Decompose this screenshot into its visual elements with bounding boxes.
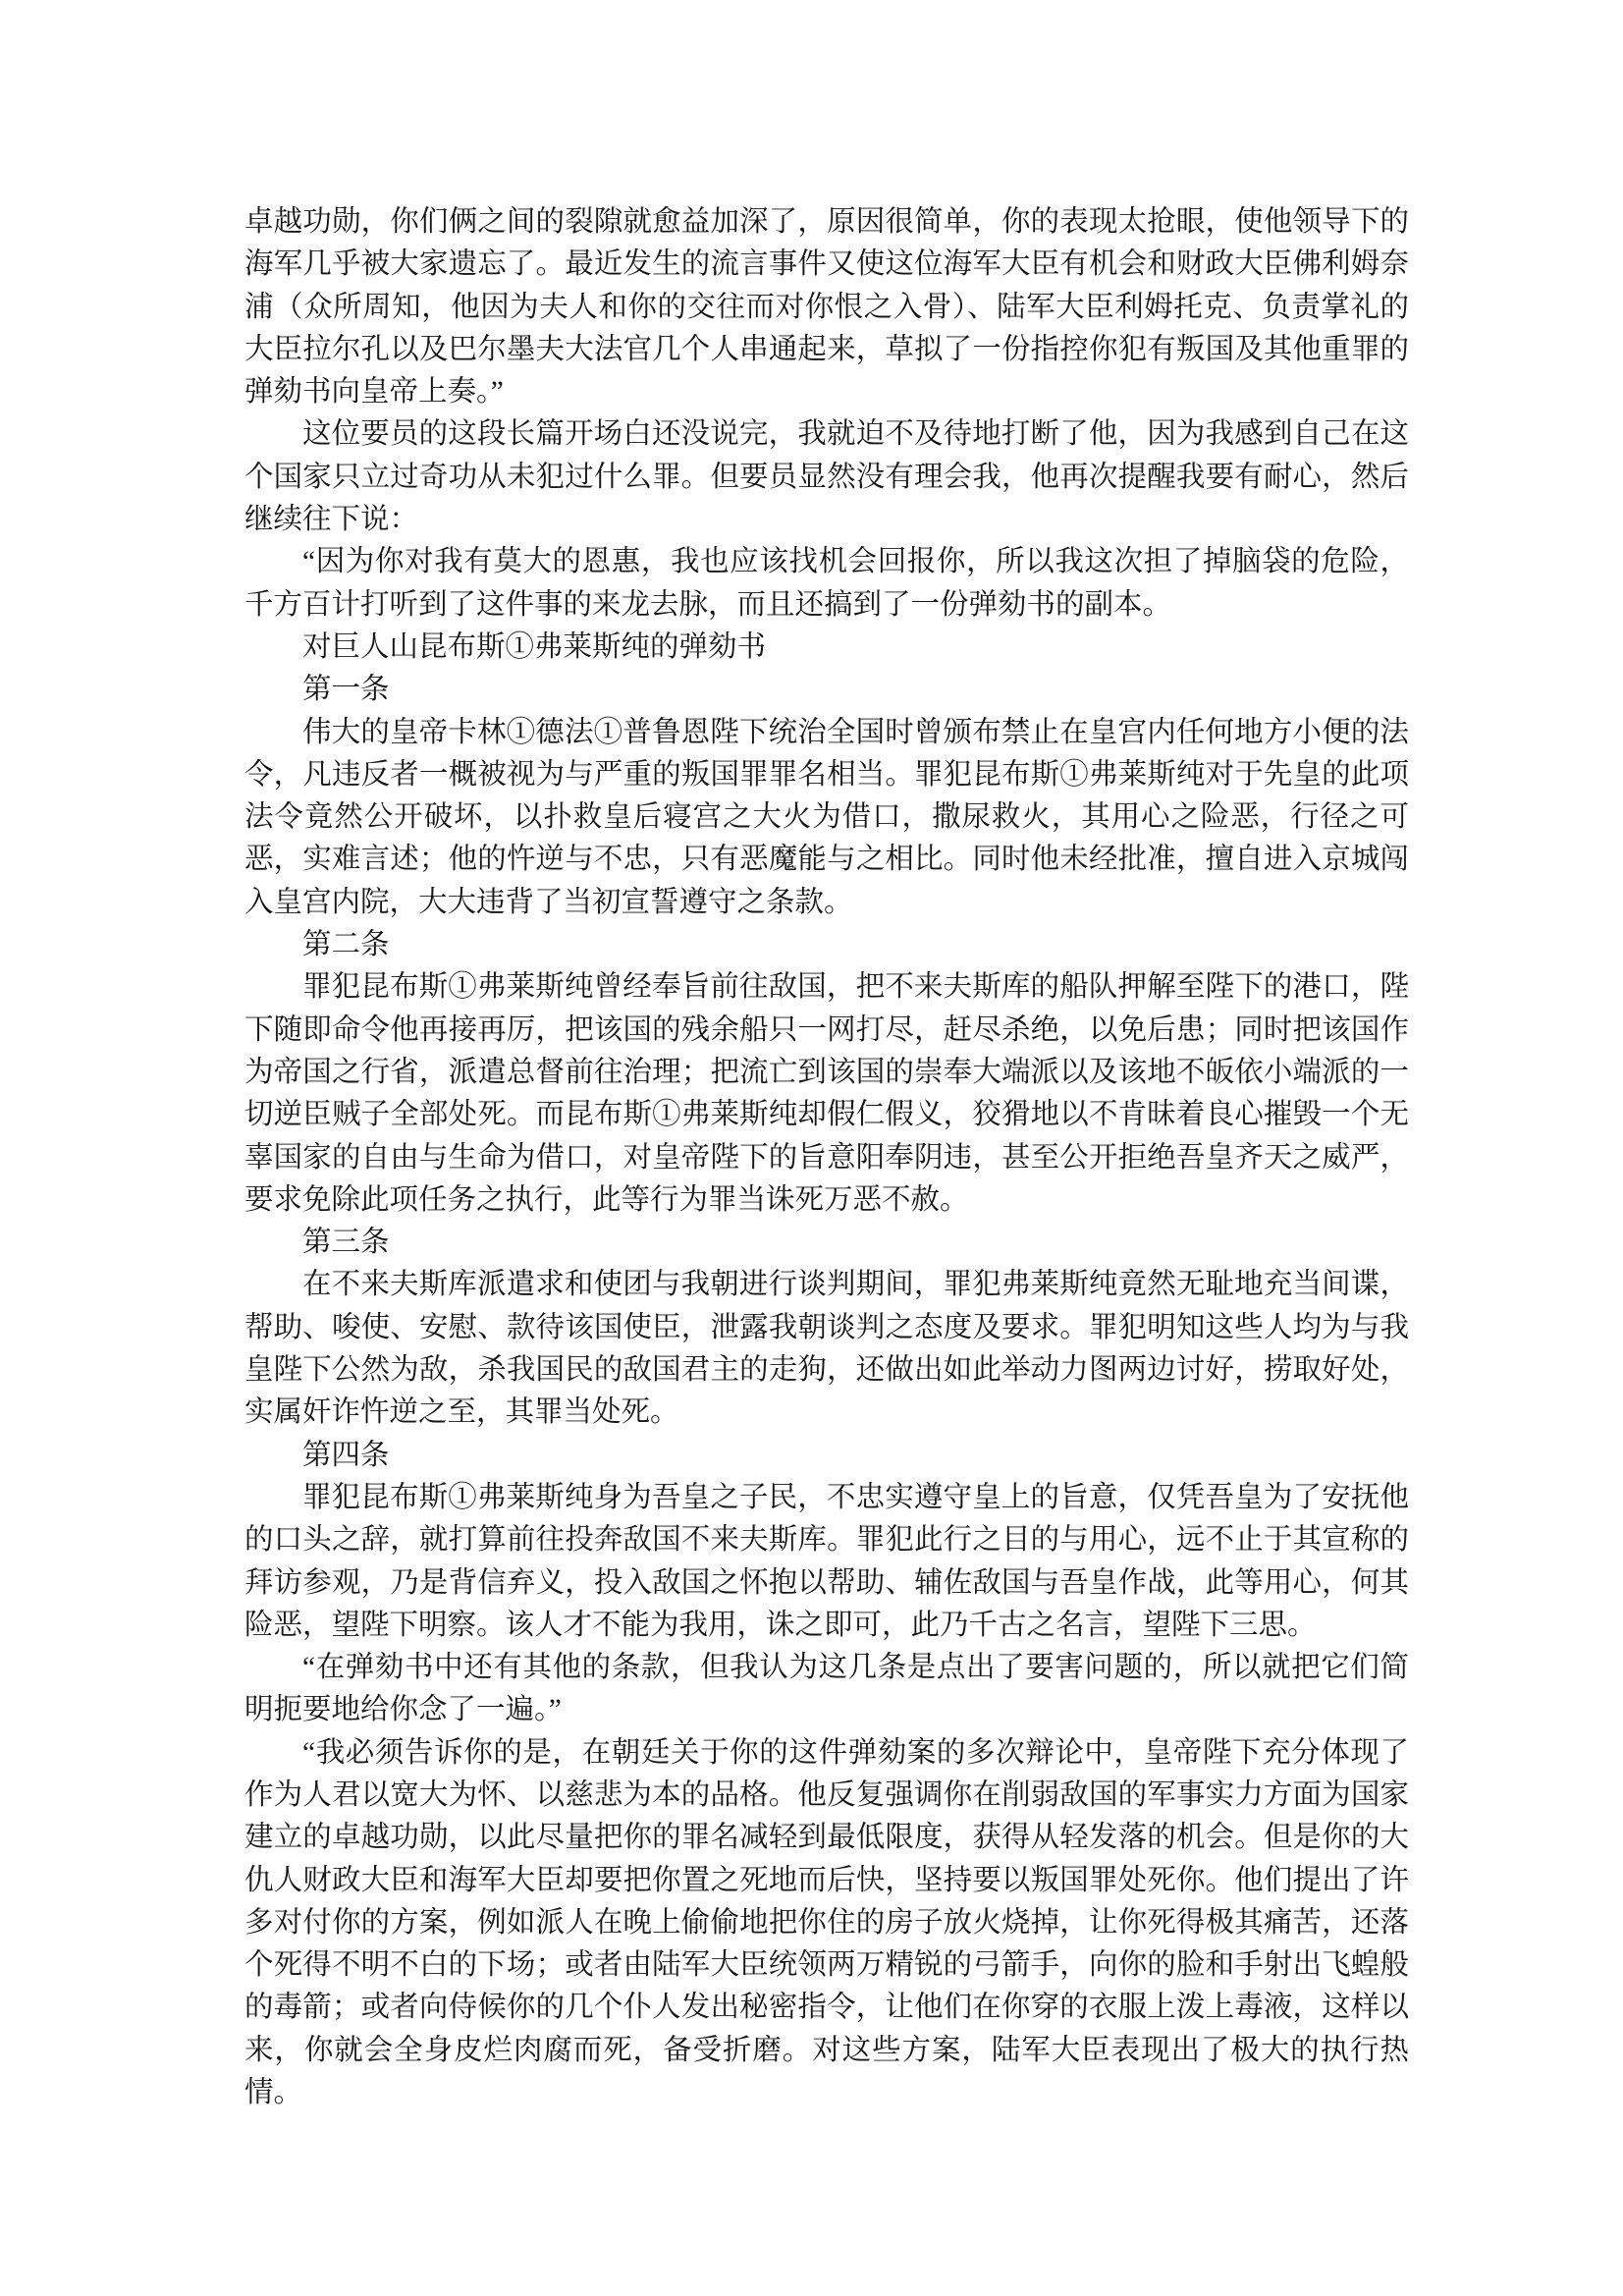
impeachment-title: 对巨人山昆布斯①弗莱斯纯的弹劾书 bbox=[244, 627, 1409, 669]
article-1-heading: 第一条 bbox=[244, 669, 1409, 711]
paragraph-narration-interrupt: 这位要员的这段长篇开场白还没说完，我就迫不及待地打断了他，因为我感到自己在这个国… bbox=[244, 413, 1409, 541]
article-3-body: 在不来夫斯库派遣求和使团与我朝进行谈判期间，罪犯弗莱斯纯竟然无耻地充当间谍，帮助… bbox=[244, 1264, 1409, 1434]
body-text: 卓越功勋，你们俩之间的裂隙就愈益加深了，原因很简单，你的表现太抢眼，使他领导下的… bbox=[244, 201, 1409, 2114]
article-4-heading: 第四条 bbox=[244, 1435, 1409, 1477]
article-3-heading: 第三条 bbox=[244, 1222, 1409, 1264]
paragraph-continuation: 卓越功勋，你们俩之间的裂隙就愈益加深了，原因很简单，你的表现太抢眼，使他领导下的… bbox=[244, 201, 1409, 413]
article-1-body: 伟大的皇帝卡林①德法①普鲁恩陛下统治全国时曾颁布禁止在皇宫内任何地方小便的法令，… bbox=[244, 712, 1409, 924]
book-page: 卓越功勋，你们俩之间的裂隙就愈益加深了，原因很简单，你的表现太抢眼，使他领导下的… bbox=[0, 0, 1623, 2296]
paragraph-other-articles: “在弹劾书中还有其他的条款，但我认为这几条是点出了要害问题的，所以就把它们简明扼… bbox=[244, 1647, 1409, 1732]
article-2-body: 罪犯昆布斯①弗莱斯纯曾经奉旨前往敌国，把不来夫斯库的船队押解至陛下的港口，陛下随… bbox=[244, 966, 1409, 1222]
paragraph-court-debate: “我必须告诉你的是，在朝廷关于你的这件弹劾案的多次辩论中，皇帝陛下充分体现了作为… bbox=[244, 1732, 1409, 2115]
article-4-body: 罪犯昆布斯①弗莱斯纯身为吾皇之子民，不忠实遵守皇上的旨意，仅凭吾皇为了安抚他的口… bbox=[244, 1477, 1409, 1647]
article-2-heading: 第二条 bbox=[244, 924, 1409, 966]
paragraph-official-speech: “因为你对我有莫大的恩惠，我也应该找机会回报你，所以我这次担了掉脑袋的危险，千方… bbox=[244, 541, 1409, 627]
